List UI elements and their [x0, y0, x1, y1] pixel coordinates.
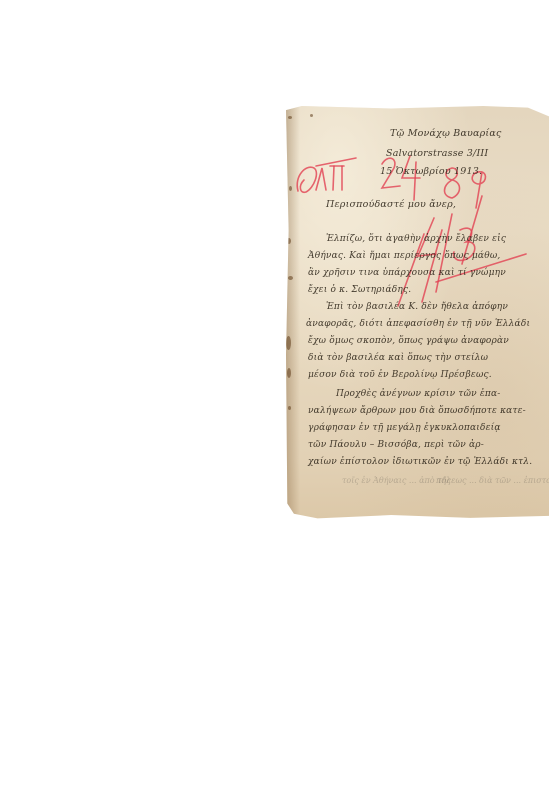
edge-stain [288, 276, 293, 280]
edge-stain [288, 406, 291, 410]
body-line: ναλήψεων ἄρθρων μου διὰ ὅπωσδήποτε κατε- [308, 406, 526, 416]
body-line: μέσον διὰ τοῦ ἐν Βερολίνῳ Πρέσβεως. [308, 370, 492, 380]
letter-page: Τῷ Μονάχῳ Βαυαρίας Salvatorstrasse 3/III… [286, 106, 549, 520]
edge-stain [287, 368, 291, 378]
letter-salutation: Περισπούδαστέ μου ἄνερ, [326, 199, 456, 210]
body-line: χαίων ἐπίστολον ἰδιωτικῶν ἐν τῷ Ἐλλάδι κ… [308, 457, 532, 467]
edge-stain [310, 114, 313, 117]
edge-stain [288, 116, 292, 119]
letter-address: Salvatorstrasse 3/III [386, 148, 488, 159]
show-through-text: τοῖς ἐν Ἀθήναις ... ἀπὸ τῆς [342, 476, 451, 485]
edge-stain [289, 186, 292, 191]
body-line: Ἐπὶ τὸν βασιλέα Κ. δὲν ἤθελα ἀπόφην [326, 302, 508, 312]
body-line: διὰ τὸν βασιλέα καὶ ὅπως τὴν στείλω [308, 353, 488, 363]
letter-date: 15 Ὀκτωβρίου 1913. [380, 166, 482, 177]
body-line: Ἀθήνας. Καὶ ἤμαι περίεργος ὅπως μάθω, [308, 251, 500, 261]
edge-stain [287, 238, 291, 244]
body-line: ἔχω ὅμως σκοπὸν, ὅπως γράψω ἀναφορὰν [308, 336, 509, 346]
letter-place: Τῷ Μονάχῳ Βαυαρίας [390, 128, 502, 139]
body-line: γράφησαν ἐν τῇ μεγάλῃ ἐγκυκλοπαιδείᾳ [308, 423, 501, 433]
body-line: ἀναφορᾶς, διότι ἀπεφασίσθη ἐν τῇ νῦν Ἑλλ… [306, 319, 530, 329]
edge-stain [286, 336, 291, 350]
body-line: τῶν Πάουλυ – Βισσόβα, περὶ τῶν ἀρ- [308, 440, 484, 450]
body-line: Ἐλπίζω, ὅτι ἀγαθὴν ἀρχὴν ἔλαβεν εἰς [326, 234, 506, 244]
show-through-text: πόλεως ... διὰ τῶν ... ἐπιστολῶν [436, 476, 549, 485]
body-line: Προχθὲς ἀνέγνων κρίσιν τῶν ἐπα- [336, 389, 501, 399]
body-line: ἂν χρῆσιν τινα ὑπάρχουσα καὶ τί γνώμην [308, 268, 506, 278]
body-line: ἔχει ὁ κ. Σωτηριάδης. [308, 285, 411, 295]
